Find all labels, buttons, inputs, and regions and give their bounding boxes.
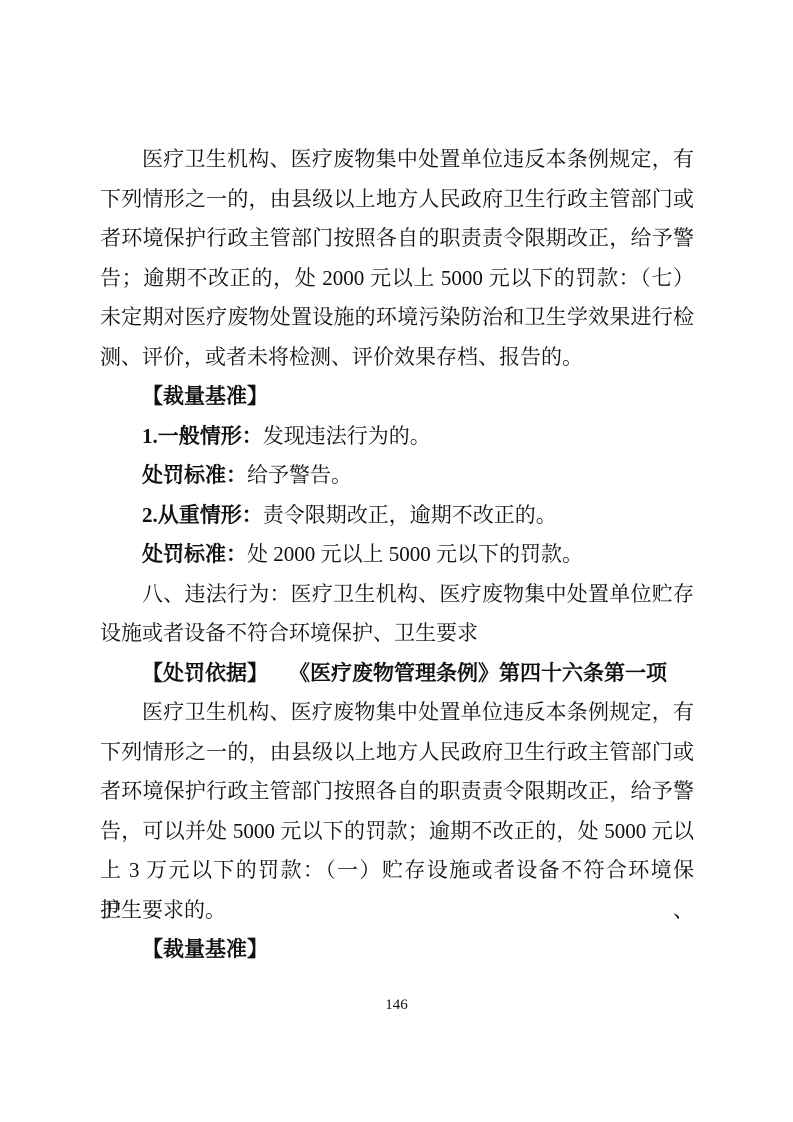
bold-text-segment: 处罚标准：	[142, 542, 247, 566]
body-text-segment: 告，可以并处 5000 元以下的罚款；逾期不改正的，处 5000 元以	[100, 819, 694, 843]
body-text-segment: 医疗卫生机构、医疗废物集中处置单位违反本条例规定，有	[142, 700, 694, 724]
bold-text-segment: 1.一般情形：	[142, 424, 263, 448]
bold-text-segment: 【裁量基准】	[142, 937, 268, 961]
text-line: 者环境保护行政主管部门按照各自的职责责令限期改正，给予警	[100, 772, 694, 812]
text-line: 八、违法行为：医疗卫生机构、医疗废物集中处置单位贮存	[100, 575, 694, 615]
text-line: 1.一般情形：发现违法行为的。	[100, 417, 694, 457]
body-text-segment: 责令限期改正，逾期不改正的。	[263, 503, 557, 527]
body-text-segment: 者环境保护行政主管部门按照各自的职责责令限期改正，给予警	[100, 226, 694, 250]
body-text-segment: 卫生要求的。	[100, 898, 226, 922]
text-line: 处罚标准：给予警告。	[100, 456, 694, 496]
body-text-segment: 告；逾期不改正的，处 2000 元以上 5000 元以下的罚款：（七）	[100, 266, 694, 290]
text-line: 医疗卫生机构、医疗废物集中处置单位违反本条例规定，有	[100, 140, 694, 180]
text-line: 测、评价，或者未将检测、评价效果存档、报告的。	[100, 338, 694, 378]
body-text-segment: 发现违法行为的。	[263, 424, 431, 448]
text-line: 下列情形之一的，由县级以上地方人民政府卫生行政主管部门或	[100, 180, 694, 220]
body-text-segment: 测、评价，或者未将检测、评价效果存档、报告的。	[100, 345, 583, 369]
bold-text-segment: 2.从重情形：	[142, 503, 263, 527]
text-line: 处罚标准：处 2000 元以上 5000 元以下的罚款。	[100, 535, 694, 575]
body-text-segment: 给予警告。	[247, 463, 352, 487]
text-line: 者环境保护行政主管部门按照各自的职责责令限期改正，给予警	[100, 219, 694, 259]
text-line: 下列情形之一的，由县级以上地方人民政府卫生行政主管部门或	[100, 733, 694, 773]
body-text-segment: 处 2000 元以上 5000 元以下的罚款。	[247, 542, 583, 566]
text-line: 【处罚依据】 《医疗废物管理条例》第四十六条第一项	[100, 654, 694, 694]
document-body: 医疗卫生机构、医疗废物集中处置单位违反本条例规定，有下列情形之一的，由县级以上地…	[100, 140, 694, 970]
body-text-segment: 未定期对医疗废物处置设施的环境污染防治和卫生学效果进行检	[100, 305, 694, 329]
document-page: 医疗卫生机构、医疗废物集中处置单位违反本条例规定，有下列情形之一的，由县级以上地…	[0, 0, 793, 1122]
body-text-segment: 下列情形之一的，由县级以上地方人民政府卫生行政主管部门或	[100, 740, 694, 764]
body-text-segment: 医疗卫生机构、医疗废物集中处置单位违反本条例规定，有	[142, 147, 694, 171]
body-text-segment: 下列情形之一的，由县级以上地方人民政府卫生行政主管部门或	[100, 187, 694, 211]
text-line: 2.从重情形：责令限期改正，逾期不改正的。	[100, 496, 694, 536]
body-text-segment: 设施或者设备不符合环境保护、卫生要求	[100, 621, 478, 645]
text-line: 医疗卫生机构、医疗废物集中处置单位违反本条例规定，有	[100, 693, 694, 733]
text-line: 告，可以并处 5000 元以下的罚款；逾期不改正的，处 5000 元以	[100, 812, 694, 852]
bold-text-segment: 【裁量基准】	[142, 384, 268, 408]
text-line: 【裁量基准】	[100, 930, 694, 970]
page-number: 146	[0, 995, 793, 1015]
text-line: 上 3 万元以下的罚款：（一）贮存设施或者设备不符合环境保护、	[100, 851, 694, 891]
bold-text-segment: 处罚标准：	[142, 463, 247, 487]
text-line: 设施或者设备不符合环境保护、卫生要求	[100, 614, 694, 654]
text-line: 【裁量基准】	[100, 377, 694, 417]
body-text-segment: 者环境保护行政主管部门按照各自的职责责令限期改正，给予警	[100, 779, 694, 803]
text-line: 未定期对医疗废物处置设施的环境污染防治和卫生学效果进行检	[100, 298, 694, 338]
body-text-segment: 八、违法行为：医疗卫生机构、医疗废物集中处置单位贮存	[142, 582, 694, 606]
bold-text-segment: 【处罚依据】 《医疗废物管理条例》第四十六条第一项	[142, 661, 667, 685]
text-line: 告；逾期不改正的，处 2000 元以上 5000 元以下的罚款：（七）	[100, 259, 694, 299]
